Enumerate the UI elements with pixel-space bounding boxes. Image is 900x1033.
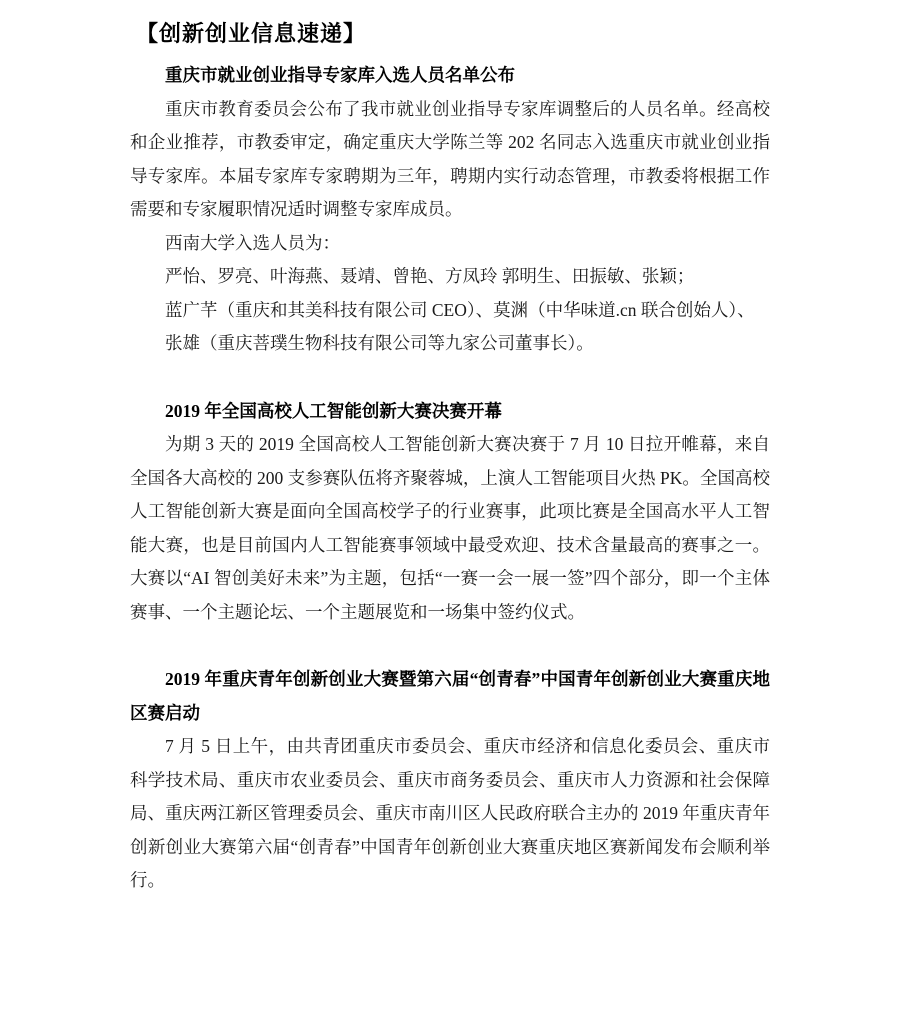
paragraph: 严怡、罗亮、叶海燕、聂靖、曾艳、方凤玲 郭明生、田振敏、张颖； [130,260,770,294]
paragraph: 张雄（重庆菩璞生物科技有限公司等九家公司董事长）。 [130,327,770,361]
paragraph: 为期 3 天的 2019 全国高校人工智能创新大赛决赛于 7 月 10 日拉开帷… [130,428,770,629]
paragraph: 蓝广芊（重庆和其美科技有限公司 CEO）、莫渊（中华味道.cn 联合创始人）、 [130,294,770,328]
paragraph: 7 月 5 日上午，由共青团重庆市委员会、重庆市经济和信息化委员会、重庆市科学技… [130,730,770,898]
section-youth-contest: 2019 年重庆青年创新创业大赛暨第六届“创青春”中国青年创新创业大赛重庆地区赛… [130,663,770,898]
section-heading: 2019 年重庆青年创新创业大赛暨第六届“创青春”中国青年创新创业大赛重庆地区赛… [130,663,770,730]
section-heading: 重庆市就业创业指导专家库入选人员名单公布 [130,59,770,93]
document-page: 【创新创业信息速递】 重庆市就业创业指导专家库入选人员名单公布 重庆市教育委员会… [0,0,900,1033]
paragraph: 西南大学入选人员为： [130,227,770,261]
paragraph: 重庆市教育委员会公布了我市就业创业指导专家库调整后的人员名单。经高校和企业推荐，… [130,93,770,227]
section-ai-contest: 2019 年全国高校人工智能创新大赛决赛开幕 为期 3 天的 2019 全国高校… [130,395,770,630]
section-expert-list: 重庆市就业创业指导专家库入选人员名单公布 重庆市教育委员会公布了我市就业创业指导… [130,59,770,361]
section-heading: 2019 年全国高校人工智能创新大赛决赛开幕 [130,395,770,429]
document-main-title: 【创新创业信息速递】 [136,18,770,50]
